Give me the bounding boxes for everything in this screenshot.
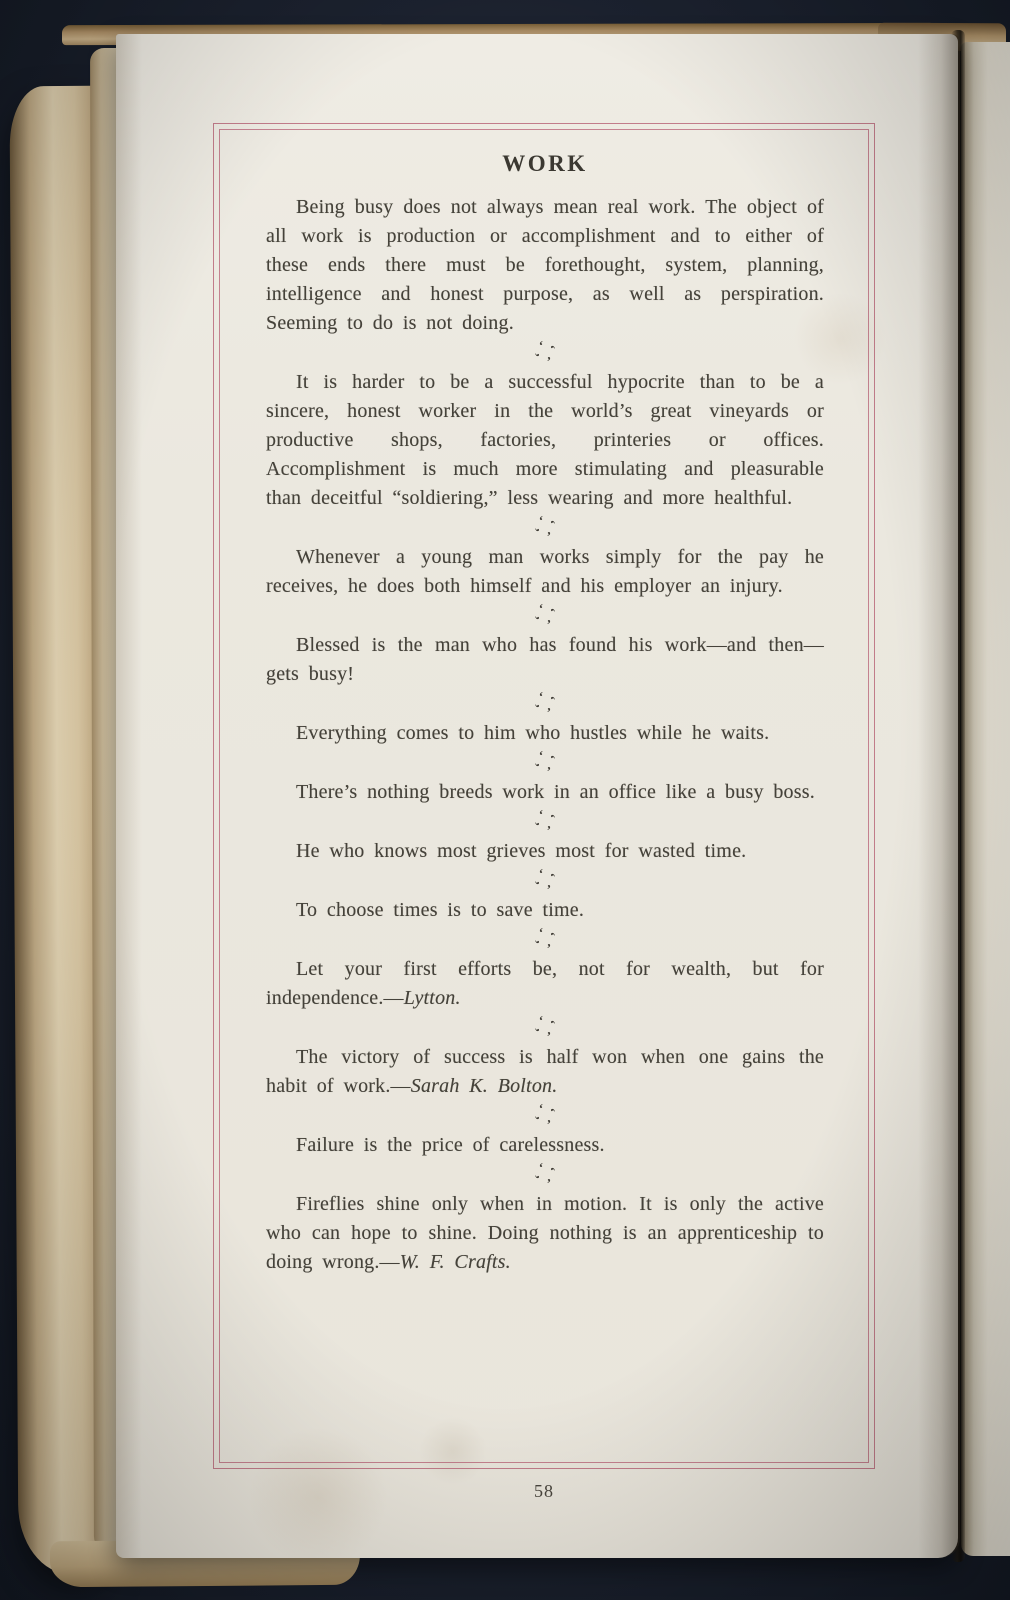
page-left-shading [116,34,142,1558]
ornament-icon: ,,,, [266,605,824,623]
ornament-icon: ,,,, [266,342,824,360]
ornament-icon: ,,,, [266,752,824,770]
page-title: WORK [266,151,824,177]
page-content: WORK Being busy does not always mean rea… [214,124,874,1468]
page-border-frame: WORK Being busy does not always mean rea… [213,123,875,1469]
ornament-icon: ,,,, [266,1105,824,1123]
paragraph: It is harder to be a successful hypocrit… [266,368,824,513]
page-gutter-shading [918,34,960,1558]
paragraph: Let your first efforts be, not for wealt… [266,955,824,1013]
paragraph: Failure is the price of carelessness. [266,1131,824,1160]
ornament-icon: ,,,, [266,929,824,947]
paragraph: Blessed is the man who has found his wor… [266,631,824,689]
paragraph: To choose times is to save time. [266,896,824,925]
paragraph: Everything comes to him who hustles whil… [266,719,824,748]
book-page: WORK Being busy does not always mean rea… [116,34,958,1558]
paragraph: The victory of success is half won when … [266,1043,824,1101]
ornament-icon: ,,,, [266,811,824,829]
photo-backdrop: WORK Being busy does not always mean rea… [0,0,1010,1600]
ornament-icon: ,,,, [266,1164,824,1182]
paragraph: Whenever a young man works simply for th… [266,543,824,601]
ornament-icon: ,,,, [266,1017,824,1035]
page-number: 58 [213,1481,875,1502]
paragraph: Fireflies shine only when in motion. It … [266,1190,824,1277]
paragraph: He who knows most grieves most for waste… [266,837,824,866]
ornament-icon: ,,,, [266,517,824,535]
ornament-icon: ,,,, [266,693,824,711]
paragraph: Being busy does not always mean real wor… [266,193,824,338]
ornament-icon: ,,,, [266,870,824,888]
adjacent-page [961,42,1010,1556]
paragraph: There’s nothing breeds work in an office… [266,778,824,807]
